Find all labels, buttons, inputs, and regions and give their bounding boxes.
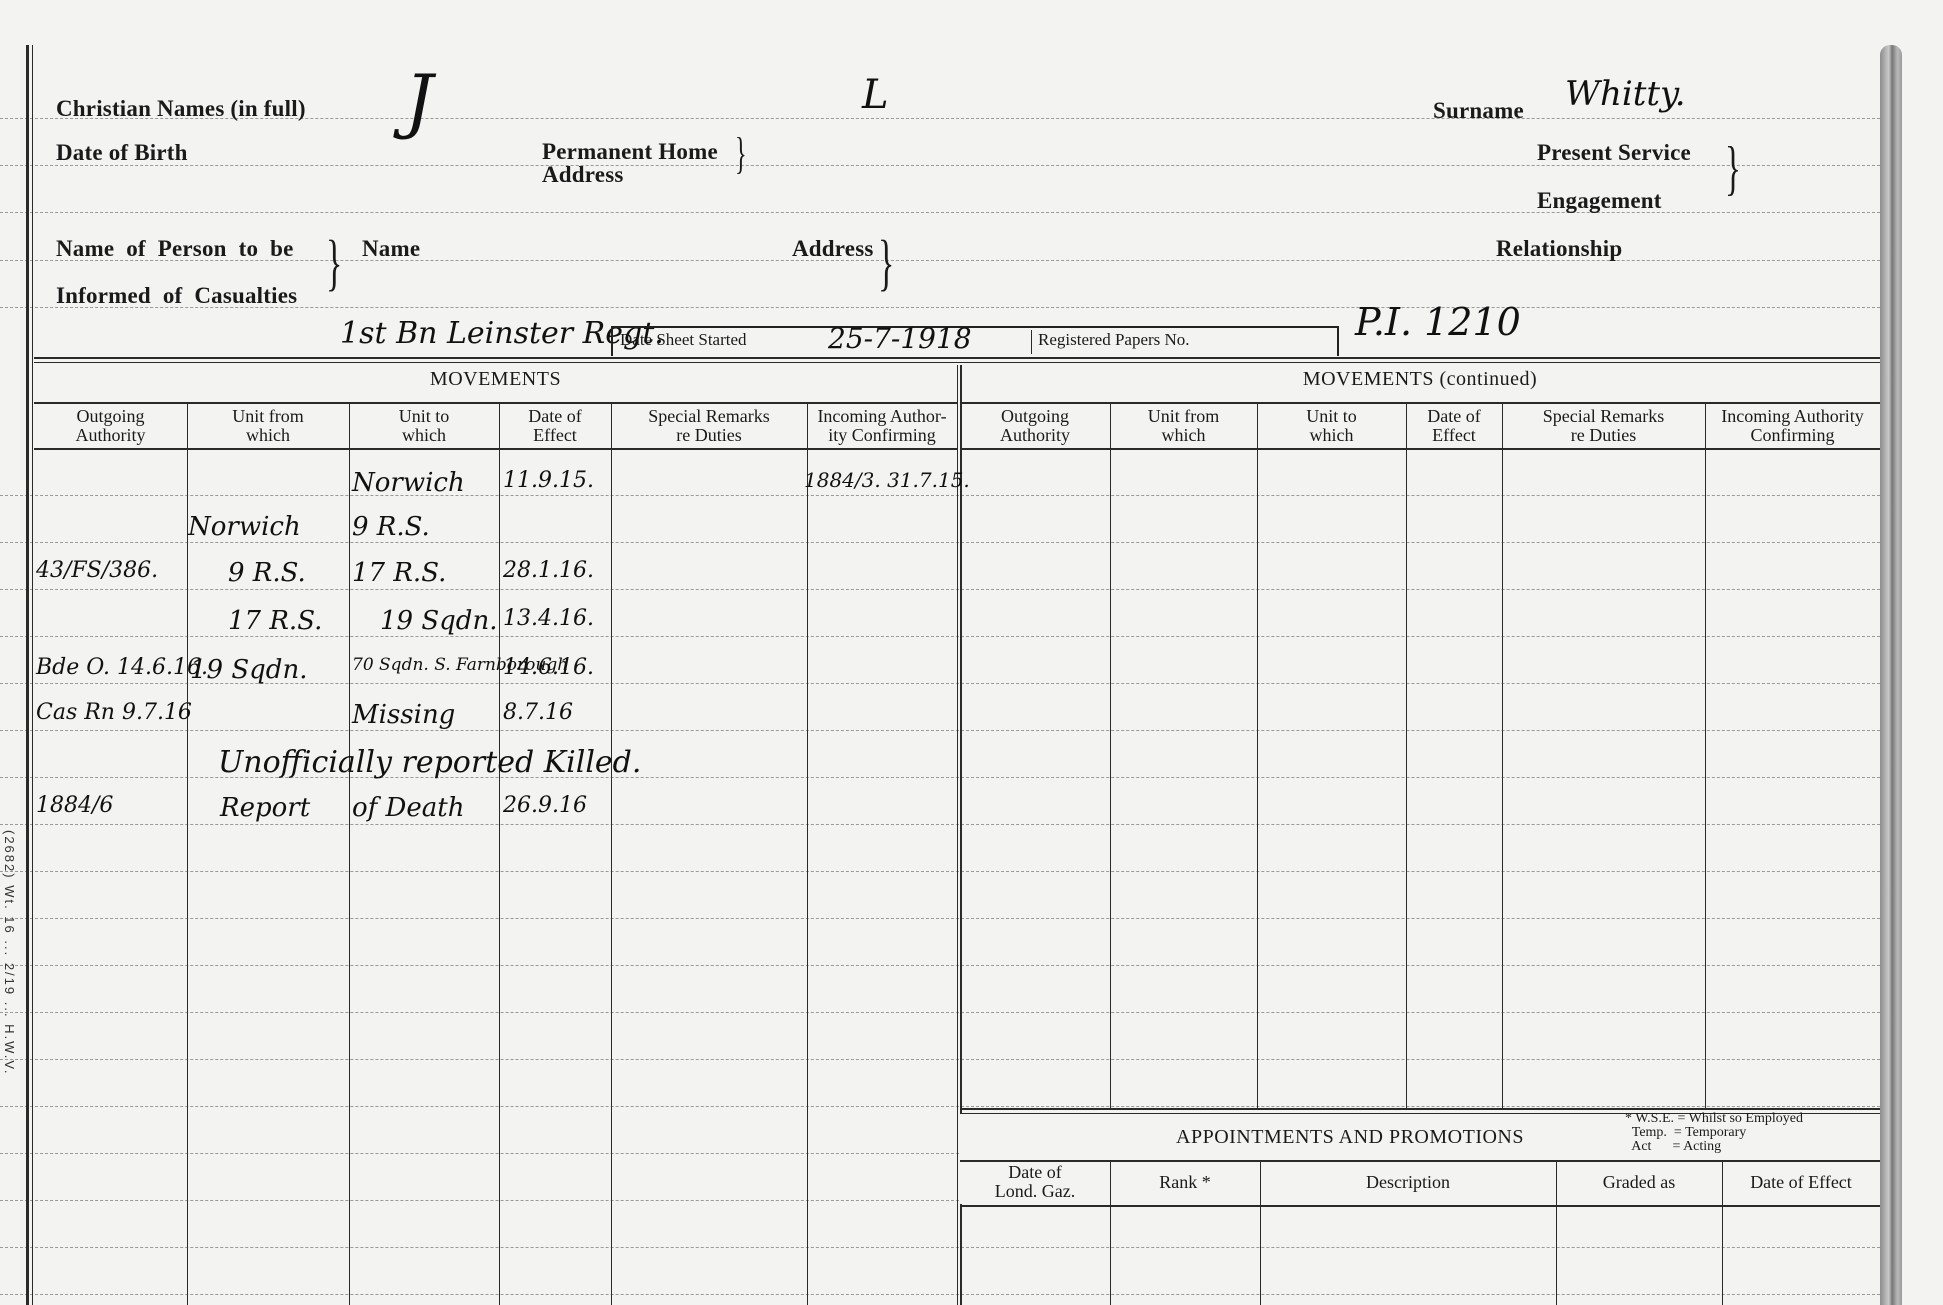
column-divider — [957, 365, 958, 1305]
column-divider — [1110, 402, 1111, 1108]
movement-outgoing: 43/FS/386. — [36, 558, 158, 583]
movement-date: 14.6.16. — [503, 655, 594, 680]
handwritten-surname: Whitty. — [1565, 74, 1686, 114]
brace-icon: } — [1725, 138, 1741, 198]
ruled-line — [0, 918, 1880, 919]
column-divider — [1406, 402, 1407, 1108]
christian-names-label: Christian Names (in full) — [56, 96, 306, 122]
column-divider — [349, 402, 350, 1305]
date-sheet-started-label: Date Sheet Started — [620, 330, 747, 350]
address-label: Address — [792, 236, 874, 262]
column-divider — [1502, 402, 1503, 1108]
ruled-line — [0, 730, 1880, 731]
surname-label: Surname — [1433, 98, 1524, 124]
movement-outgoing: 1884/6 — [36, 793, 113, 818]
movement-from: Report — [220, 793, 310, 823]
ruled-line — [0, 495, 1880, 496]
present-service-label: Present Service — [1537, 140, 1691, 166]
movement-to: 17 R.S. — [352, 558, 446, 588]
movement-outgoing: Bde O. 14.6.16. — [36, 655, 208, 680]
movement-date: 26.9.16 — [503, 793, 587, 818]
column-header: Unit fromwhich — [187, 407, 349, 445]
appointments-legend: * W.S.E. = Whilst so Employed Temp. = Te… — [1625, 1112, 1803, 1154]
column-header: Graded as — [1556, 1173, 1722, 1192]
movement-incoming: 1884/3. 31.7.15. — [804, 468, 970, 492]
column-divider — [611, 402, 612, 1305]
movements-continued-title: MOVEMENTS (continued) — [960, 368, 1880, 391]
movement-date: 11.9.15. — [503, 468, 594, 493]
brace-icon: } — [735, 132, 747, 176]
engagement-label: Engagement — [1537, 188, 1662, 214]
column-header: Date ofEffect — [1406, 407, 1502, 445]
ruled-line — [0, 1012, 1880, 1013]
column-header: Date ofLond. Gaz. — [960, 1163, 1110, 1201]
movement-from: 9 R.S. — [228, 558, 306, 588]
column-header: Rank * — [1110, 1173, 1260, 1192]
movement-to: 9 R.S. — [352, 512, 430, 542]
movements-title: MOVEMENTS — [34, 368, 957, 391]
movement-from: Norwich — [188, 512, 301, 542]
ruled-line — [0, 1247, 1880, 1248]
handwritten-initial-l: L — [862, 72, 889, 118]
column-header: Date of Effect — [1722, 1173, 1880, 1192]
brace-icon: } — [878, 232, 894, 294]
ruled-line — [0, 589, 1880, 590]
ruled-line — [0, 1106, 1880, 1107]
movement-to: Missing — [352, 700, 455, 730]
ruled-line — [0, 1059, 1880, 1060]
appointments-title: APPOINTMENTS AND PROMOTIONS — [1050, 1126, 1650, 1149]
column-header: Incoming AuthorityConfirming — [1705, 407, 1880, 445]
date-of-birth-label: Date of Birth — [56, 140, 188, 166]
ruled-line — [0, 636, 1880, 637]
movement-from: 19 Sqdn. — [190, 655, 307, 685]
movement-note: Unofficially reported Killed. — [218, 745, 641, 780]
page-edge — [1880, 45, 1902, 1305]
ruled-line — [0, 871, 1880, 872]
handwritten-registered-no: P.I. 1210 — [1355, 300, 1521, 344]
person-informed-label-1: Name of Person to be — [56, 236, 294, 262]
column-header: Date ofEffect — [499, 407, 611, 445]
handwritten-initial-j: J — [405, 60, 433, 142]
printer-imprint: (2682) Wt. 16 ... 2/19 ... H.W.V. — [2, 830, 17, 1075]
column-divider — [1257, 402, 1258, 1108]
column-divider — [807, 402, 808, 1305]
column-divider — [499, 402, 500, 1305]
movement-date: 13.4.16. — [503, 606, 594, 631]
movement-date: 8.7.16 — [503, 700, 573, 725]
ruled-line — [0, 965, 1880, 966]
movement-outgoing: Cas Rn 9.7.16 — [36, 700, 192, 725]
registered-papers-label: Registered Papers No. — [1038, 330, 1190, 350]
column-divider — [1705, 402, 1706, 1108]
column-header: OutgoingAuthority — [960, 407, 1110, 445]
column-header: Unit towhich — [349, 407, 499, 445]
movement-to: Norwich — [352, 468, 465, 498]
column-header: Incoming Author-ity Confirming — [807, 407, 957, 445]
ruled-line — [0, 824, 1880, 825]
person-informed-label-2: Informed of Casualties — [56, 283, 297, 309]
permanent-home-label: Permanent Home Address — [542, 140, 718, 186]
movement-to: 19 Sqdn. — [380, 606, 497, 636]
ruled-line — [0, 1294, 1880, 1295]
movement-date: 28.1.16. — [503, 558, 594, 583]
column-header: Special Remarksre Duties — [611, 407, 807, 445]
column-header: OutgoingAuthority — [34, 407, 187, 445]
ruled-line — [0, 542, 1880, 543]
movement-to: of Death — [352, 793, 464, 823]
column-header: Description — [1260, 1173, 1556, 1192]
brace-icon: } — [326, 232, 342, 294]
column-header: Special Remarksre Duties — [1502, 407, 1705, 445]
column-header: Unit towhich — [1257, 407, 1406, 445]
movement-from: 17 R.S. — [228, 606, 322, 636]
relationship-label: Relationship — [1496, 236, 1622, 262]
name-label: Name — [362, 236, 420, 262]
handwritten-date-sheet-started: 25-7-1918 — [828, 322, 972, 355]
column-header: Unit fromwhich — [1110, 407, 1257, 445]
